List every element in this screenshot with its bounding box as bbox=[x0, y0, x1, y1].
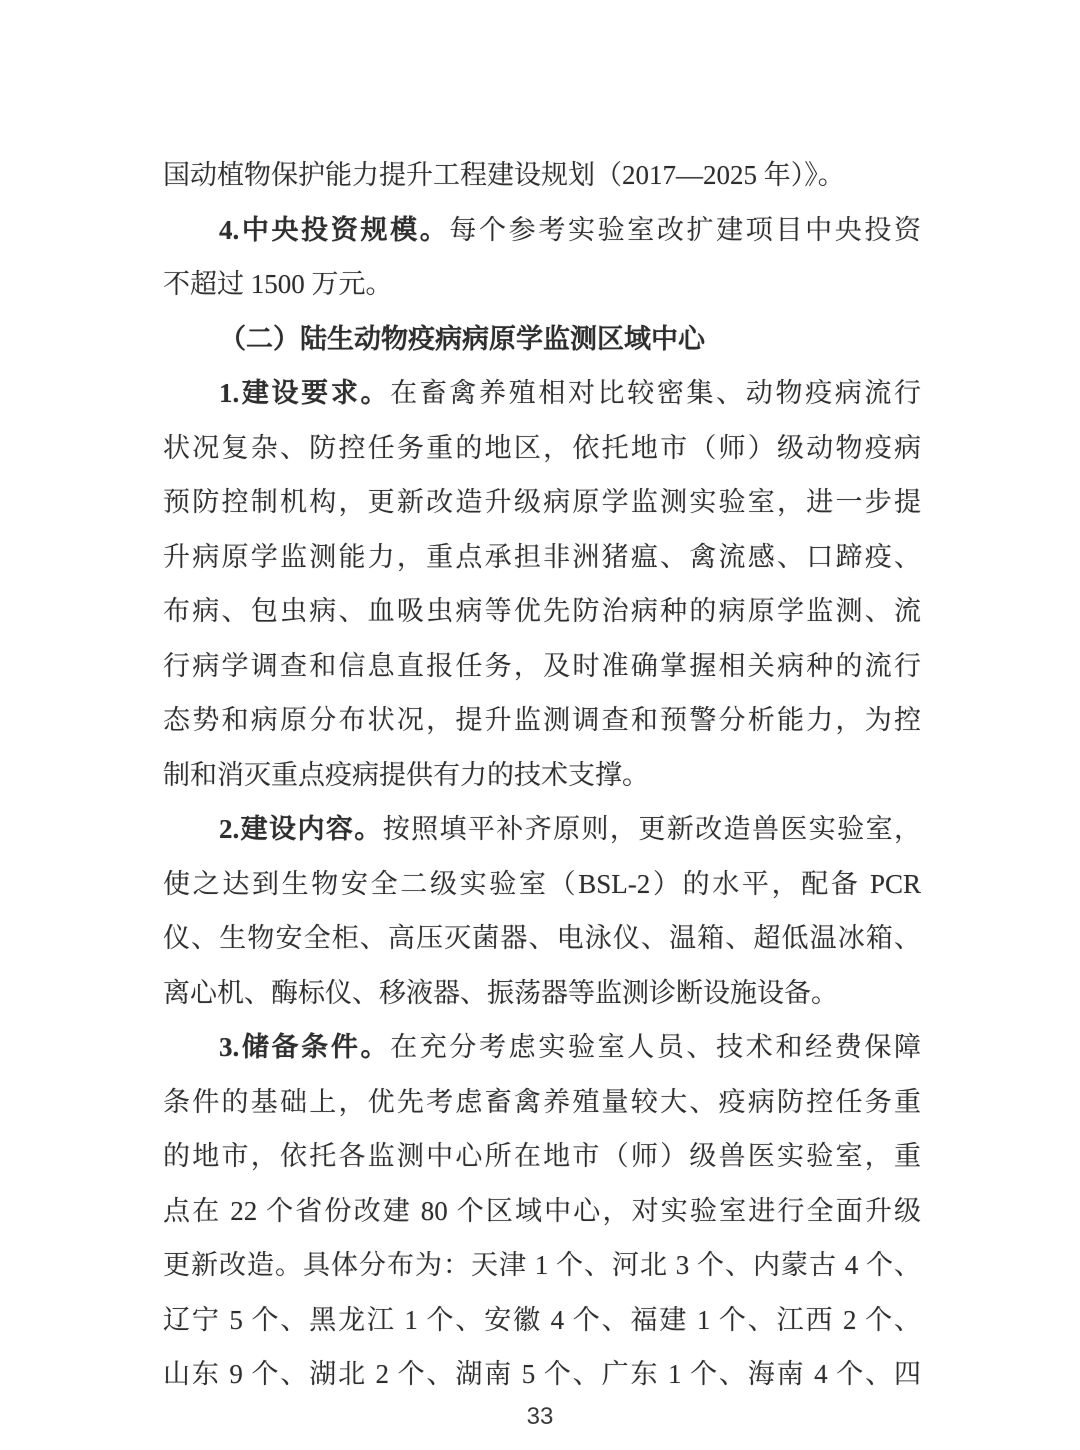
body-text: 状况复杂、防控任务重的地区，依托地市（师）级动物疫病 bbox=[163, 433, 921, 463]
text-line: 山东 9 个、湖北 2 个、湖南 5 个、广东 1 个、海南 4 个、四 bbox=[163, 1347, 921, 1402]
body-text: 在畜禽养殖相对比较密集、动物疫病流行 bbox=[390, 378, 921, 408]
text-line: 升病原学监测能力，重点承担非洲猪瘟、禽流感、口蹄疫、 bbox=[163, 530, 921, 585]
text-line: 2.建设内容。按照填平补齐原则，更新改造兽医实验室， bbox=[163, 802, 921, 857]
body-text: 行病学调查和信息直报任务，及时准确掌握相关病种的流行 bbox=[163, 651, 921, 681]
text-line: 布病、包虫病、血吸虫病等优先防治病种的病原学监测、流 bbox=[163, 584, 921, 639]
text-line: 预防控制机构，更新改造升级病原学监测实验室，进一步提 bbox=[163, 475, 921, 530]
body-text: 布病、包虫病、血吸虫病等优先防治病种的病原学监测、流 bbox=[163, 596, 921, 626]
text-line: 行病学调查和信息直报任务，及时准确掌握相关病种的流行 bbox=[163, 639, 921, 694]
text-line: 1.建设要求。在畜禽养殖相对比较密集、动物疫病流行 bbox=[163, 366, 921, 421]
body-text: 仪、生物安全柜、高压灭菌器、电泳仪、温箱、超低温冰箱、 bbox=[163, 923, 921, 953]
body-text: 条件的基础上，优先考虑畜禽养殖量较大、疫病防控任务重 bbox=[163, 1087, 921, 1117]
body-text: 山东 9 个、湖北 2 个、湖南 5 个、广东 1 个、海南 4 个、四 bbox=[163, 1359, 921, 1389]
bold-heading-text: 3.储备条件。 bbox=[219, 1032, 390, 1062]
text-line: （二）陆生动物疫病病原学监测区域中心 bbox=[163, 312, 921, 367]
body-text: 的地市，依托各监测中心所在地市（师）级兽医实验室，重 bbox=[163, 1141, 921, 1171]
text-line: 态势和病原分布状况，提升监测调查和预警分析能力，为控 bbox=[163, 693, 921, 748]
text-line: 4.中央投资规模。每个参考实验室改扩建项目中央投资 bbox=[163, 203, 921, 258]
document-page: 国动植物保护能力提升工程建设规划（2017—2025 年）》。 4.中央投资规模… bbox=[0, 0, 1080, 1450]
body-text: 不超过 1500 万元。 bbox=[163, 269, 393, 299]
text-line: 使之达到生物安全二级实验室（BSL-2）的水平，配备 PCR bbox=[163, 857, 921, 912]
body-text: 点在 22 个省份改建 80 个区域中心，对实验室进行全面升级 bbox=[163, 1196, 921, 1226]
text-line: 3.储备条件。在充分考虑实验室人员、技术和经费保障 bbox=[163, 1020, 921, 1075]
bold-heading-text: （二）陆生动物疫病病原学监测区域中心 bbox=[219, 324, 705, 354]
page-number: 33 bbox=[527, 1403, 554, 1430]
text-line: 离心机、酶标仪、移液器、振荡器等监测诊断设施设备。 bbox=[163, 966, 921, 1021]
text-line: 制和消灭重点疫病提供有力的技术支撑。 bbox=[163, 748, 921, 803]
text-line: 辽宁 5 个、黑龙江 1 个、安徽 4 个、福建 1 个、江西 2 个、 bbox=[163, 1293, 921, 1348]
body-text: 国动植物保护能力提升工程建设规划（2017—2025 年）》。 bbox=[163, 160, 845, 190]
body-text: 按照填平补齐原则，更新改造兽医实验室， bbox=[383, 814, 921, 844]
text-line: 国动植物保护能力提升工程建设规划（2017—2025 年）》。 bbox=[163, 148, 921, 203]
body-text: 预防控制机构，更新改造升级病原学监测实验室，进一步提 bbox=[163, 487, 921, 517]
text-line: 不超过 1500 万元。 bbox=[163, 257, 921, 312]
bold-heading-text: 2.建设内容。 bbox=[219, 814, 383, 844]
text-line: 状况复杂、防控任务重的地区，依托地市（师）级动物疫病 bbox=[163, 421, 921, 476]
body-text: 制和消灭重点疫病提供有力的技术支撑。 bbox=[163, 760, 649, 790]
body-text: 离心机、酶标仪、移液器、振荡器等监测诊断设施设备。 bbox=[163, 978, 838, 1008]
page-footer: 33 bbox=[0, 1403, 1080, 1431]
body-text: 使之达到生物安全二级实验室（BSL-2）的水平，配备 PCR bbox=[163, 869, 921, 899]
body-text: 在充分考虑实验室人员、技术和经费保障 bbox=[390, 1032, 921, 1062]
text-line: 仪、生物安全柜、高压灭菌器、电泳仪、温箱、超低温冰箱、 bbox=[163, 911, 921, 966]
text-line: 点在 22 个省份改建 80 个区域中心，对实验室进行全面升级 bbox=[163, 1184, 921, 1239]
bold-heading-text: 4.中央投资规模。 bbox=[219, 215, 449, 245]
document-body: 国动植物保护能力提升工程建设规划（2017—2025 年）》。 4.中央投资规模… bbox=[163, 148, 921, 1402]
body-text: 更新改造。具体分布为：天津 1 个、河北 3 个、内蒙古 4 个、 bbox=[163, 1250, 921, 1280]
body-text: 每个参考实验室改扩建项目中央投资 bbox=[449, 215, 921, 245]
text-line: 条件的基础上，优先考虑畜禽养殖量较大、疫病防控任务重 bbox=[163, 1075, 921, 1130]
body-text: 辽宁 5 个、黑龙江 1 个、安徽 4 个、福建 1 个、江西 2 个、 bbox=[163, 1305, 921, 1335]
body-text: 态势和病原分布状况，提升监测调查和预警分析能力，为控 bbox=[163, 705, 921, 735]
body-text: 升病原学监测能力，重点承担非洲猪瘟、禽流感、口蹄疫、 bbox=[163, 542, 921, 572]
text-line: 更新改造。具体分布为：天津 1 个、河北 3 个、内蒙古 4 个、 bbox=[163, 1238, 921, 1293]
bold-heading-text: 1.建设要求。 bbox=[219, 378, 390, 408]
text-line: 的地市，依托各监测中心所在地市（师）级兽医实验室，重 bbox=[163, 1129, 921, 1184]
